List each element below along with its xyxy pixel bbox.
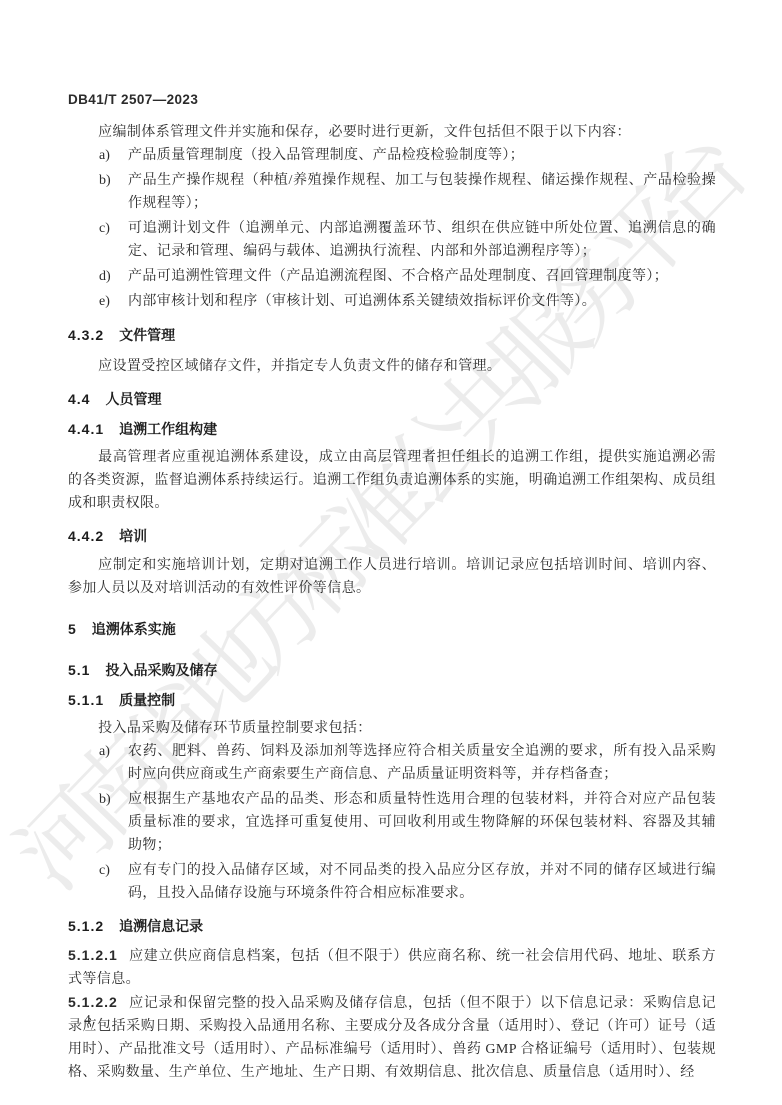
paragraph-4-4-2: 应制定和实施培训计划，定期对追溯工作人员进行培训。培训记录应包括培训时间、培训内… [68, 554, 716, 600]
heading-5: 5 追溯体系实施 [68, 619, 716, 639]
standard-number-header: DB41/T 2507—2023 [68, 92, 716, 108]
list-item: b) 应根据生产基地农产品的品类、形态和质量特性选用合理的包装材料，并符合对应产… [68, 788, 716, 857]
heading-title: 人员管理 [105, 389, 161, 409]
clause-text: 应记录和保留完整的投入品采购及储存信息，包括（但不限于）以下信息记录：采购信息记… [68, 996, 716, 1080]
heading-title: 质量控制 [119, 690, 175, 710]
page-number: 4 [84, 1012, 91, 1028]
list-marker: d) [99, 265, 128, 288]
list-item: a) 产品质量管理制度（投入品管理制度、产品检疫检验制度等）； [68, 144, 716, 167]
list-item-text: 产品质量管理制度（投入品管理制度、产品检疫检验制度等）； [128, 144, 716, 167]
heading-number: 5.1.2 [68, 916, 104, 936]
list-marker: c) [99, 217, 128, 263]
quality-control-list: a) 农药、肥料、兽药、饲料及添加剂等选择应符合相关质量安全追溯的要求，所有投入… [68, 740, 716, 905]
heading-5-1-1: 5.1.1 质量控制 [68, 690, 716, 710]
paragraph-4-3-2: 应设置受控区域储存文件，并指定专人负责文件的储存和管理。 [68, 355, 716, 378]
paragraph-5-1-1: 投入品采购及储存环节质量控制要求包括： [68, 717, 716, 740]
heading-4-4-2: 4.4.2 培训 [68, 526, 716, 546]
heading-4-3-2: 4.3.2 文件管理 [68, 325, 716, 345]
list-item-text: 应根据生产基地农产品的品类、形态和质量特性选用合理的包装材料，并符合对应产品包装… [128, 788, 716, 857]
list-marker: a) [99, 740, 128, 786]
heading-title: 培训 [119, 526, 147, 546]
heading-title: 投入品采购及储存 [105, 660, 217, 680]
list-item-text: 可追溯计划文件（追溯单元、内部追溯覆盖环节、组织在供应链中所处位置、追溯信息的确… [128, 217, 716, 263]
heading-number: 4.4.1 [68, 419, 104, 439]
list-item: a) 农药、肥料、兽药、饲料及添加剂等选择应符合相关质量安全追溯的要求，所有投入… [68, 740, 716, 786]
heading-number: 5 [68, 619, 77, 639]
heading-title: 追溯信息记录 [119, 916, 203, 936]
heading-4-4-1: 4.4.1 追溯工作组构建 [68, 419, 716, 439]
list-item-text: 应有专门的投入品储存区域，对不同品类的投入品应分区存放，并对不同的储存区域进行编… [128, 859, 716, 905]
clause-number: 5.1.2.1 [68, 947, 129, 963]
list-marker: c) [99, 859, 128, 905]
list-marker: e) [99, 290, 128, 313]
heading-number: 4.4 [68, 389, 90, 409]
list-marker: b) [99, 788, 128, 857]
clause-5-1-2-1: 5.1.2.1应建立供应商信息档案，包括（但不限于）供应商名称、统一社会信用代码… [68, 944, 716, 991]
list-item-text: 产品生产操作规程（种植/养殖操作规程、加工与包装操作规程、储运操作规程、产品检验… [128, 169, 716, 215]
list-item: e) 内部审核计划和程序（审核计划、可追溯体系关键绩效指标评价文件等）。 [68, 290, 716, 313]
list-item: c) 可追溯计划文件（追溯单元、内部追溯覆盖环节、组织在供应链中所处位置、追溯信… [68, 217, 716, 263]
document-page: 河南省地方标准公共服务平台 DB41/T 2507—2023 应编制体系管理文件… [0, 0, 782, 1105]
list-item: c) 应有专门的投入品储存区域，对不同品类的投入品应分区存放，并对不同的储存区域… [68, 859, 716, 905]
heading-5-1-2: 5.1.2 追溯信息记录 [68, 916, 716, 936]
heading-title: 文件管理 [119, 325, 175, 345]
clause-number: 5.1.2.2 [68, 994, 129, 1010]
heading-number: 5.1.1 [68, 690, 104, 710]
paragraph-doc-requirements: 应编制体系管理文件并实施和保存，必要时进行更新，文件包括但不限于以下内容： [68, 121, 716, 144]
heading-4-4: 4.4 人员管理 [68, 389, 716, 409]
list-item: d) 产品可追溯性管理文件（产品追溯流程图、不合格产品处理制度、召回管理制度等）… [68, 265, 716, 288]
paragraph-4-4-1: 最高管理者应重视追溯体系建设，成立由高层管理者担任组长的追溯工作组，提供实施追溯… [68, 446, 716, 515]
document-file-list: a) 产品质量管理制度（投入品管理制度、产品检疫检验制度等）； b) 产品生产操… [68, 144, 716, 313]
heading-number: 4.4.2 [68, 526, 104, 546]
list-marker: a) [99, 144, 128, 167]
page-content: DB41/T 2507—2023 应编制体系管理文件并实施和保存，必要时进行更新… [0, 0, 782, 1084]
heading-number: 4.3.2 [68, 325, 104, 345]
clause-5-1-2-2: 5.1.2.2应记录和保留完整的投入品采购及储存信息，包括（但不限于）以下信息记… [68, 991, 716, 1084]
list-item: b) 产品生产操作规程（种植/养殖操作规程、加工与包装操作规程、储运操作规程、产… [68, 169, 716, 215]
list-item-text: 农药、肥料、兽药、饲料及添加剂等选择应符合相关质量安全追溯的要求，所有投入品采购… [128, 740, 716, 786]
heading-5-1: 5.1 投入品采购及储存 [68, 660, 716, 680]
list-item-text: 内部审核计划和程序（审核计划、可追溯体系关键绩效指标评价文件等）。 [128, 290, 716, 313]
heading-number: 5.1 [68, 660, 90, 680]
list-marker: b) [99, 169, 128, 215]
list-item-text: 产品可追溯性管理文件（产品追溯流程图、不合格产品处理制度、召回管理制度等）； [128, 265, 716, 288]
clause-text: 应建立供应商信息档案，包括（但不限于）供应商名称、统一社会信用代码、地址、联系方… [68, 949, 716, 987]
heading-title: 追溯工作组构建 [119, 419, 217, 439]
heading-title: 追溯体系实施 [92, 619, 176, 639]
